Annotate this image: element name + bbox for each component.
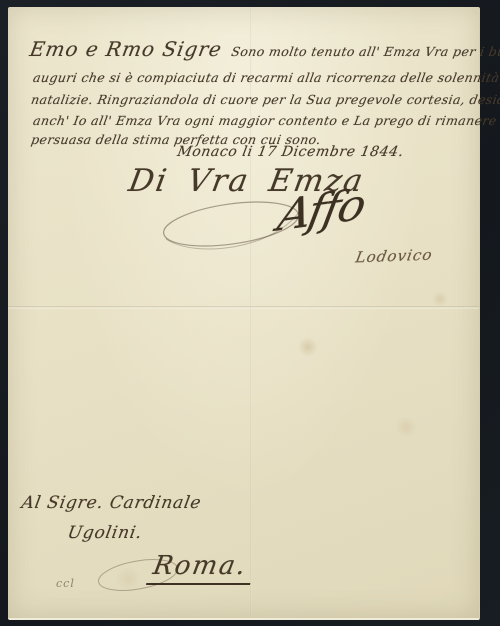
opening-line-continuation: Sono molto tenuto all' Emza Vra per i bu…: [230, 44, 500, 59]
body-line: auguri che si è compiaciuta di recarmi a…: [32, 70, 500, 85]
horizontal-fold-crease: [8, 306, 479, 309]
pencil-note: ccl: [56, 577, 75, 590]
salutation-text: Emo e Rmo Sigre: [28, 37, 224, 61]
dateline: Monaco li 17 Dicembre 1844.: [176, 144, 405, 160]
letter-opening-line: Emo e Rmo SigreSono molto tenuto all' Em…: [28, 37, 500, 61]
address-recipient-name: Ugolini.: [66, 523, 144, 543]
body-line: natalizie. Ringraziandola di cuore per l…: [30, 92, 500, 107]
body-line: anch' Io all' Emza Vra ogni maggior cont…: [32, 113, 498, 128]
address-recipient-title: Al Sigre. Cardinale: [20, 493, 203, 513]
address-city: Roma.: [146, 551, 256, 585]
scan-background: Emo e Rmo SigreSono molto tenuto all' Em…: [0, 0, 500, 626]
letter-page: Emo e Rmo SigreSono molto tenuto all' Em…: [8, 7, 480, 620]
signature-name: Lodovico: [354, 246, 434, 267]
